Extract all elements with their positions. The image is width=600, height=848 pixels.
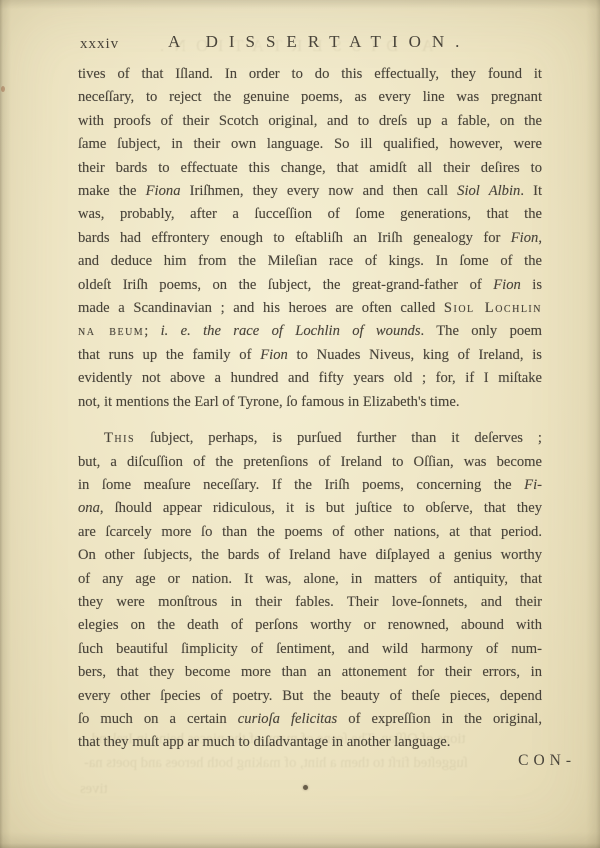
text-segment: curioſa felicitas [238, 711, 337, 727]
ink-speck [303, 785, 308, 790]
text-line: oldeſt Iriſh poems, on the ſubject, the … [78, 274, 542, 297]
page: A DISSERTATION.tions of Oſſian. The ſcen… [0, 0, 600, 848]
text-line: made a Scandinavian ; and his heroes are… [78, 297, 542, 320]
text-segment: of expreſſion in the original, [337, 711, 542, 727]
text-line: ona, ſhould appear ridiculous, it is but… [78, 497, 542, 520]
text-segment: Siol Lochlin [444, 300, 542, 316]
text-line: but, a diſcuſſion of the pretenſions of … [78, 451, 542, 474]
text-segment: neceſſary, to reject the genuine poems, … [78, 89, 542, 105]
text-segment: , ſhould appear ridiculous, it is but ju… [100, 500, 542, 516]
text-segment: . It [520, 183, 542, 199]
text-segment: Fiona [146, 183, 181, 199]
bleedthrough-text: tives [80, 781, 108, 798]
text-block: tives of that Iſland. In order to do thi… [78, 63, 542, 755]
text-line: was, probably, after a ſucceſſion of ſom… [78, 203, 542, 226]
text-segment: make the [78, 183, 146, 199]
text-segment: ſo much on a certain [78, 711, 238, 727]
text-segment: Fion [511, 230, 539, 246]
text-segment: na beum [78, 323, 144, 339]
text-segment: their bards to effectuate this change, t… [78, 160, 542, 176]
text-line: tives of that Iſland. In order to do thi… [78, 63, 542, 86]
text-line: that they muſt app ar much to diſadvanta… [78, 731, 542, 754]
text-segment: with proofs of their Scotch original, an… [78, 113, 542, 129]
text-segment: of any age or nation. It was, alone, in … [78, 571, 542, 587]
text-segment: Fion [493, 277, 521, 293]
bleedthrough-text: ſuggeſted firſt to them a hint, of makin… [84, 755, 468, 772]
text-line: make the Fiona Iriſhmen, they every now … [78, 180, 542, 203]
text-segment: ſame ſubject, in their own language. So … [78, 136, 542, 152]
text-line: of any age or nation. It was, alone, in … [78, 568, 542, 591]
text-segment: Siol Albin [457, 183, 520, 199]
text-line: bards had effrontery enough to eſtabliſh… [78, 227, 542, 250]
text-line: ſuch beautiful ſimplicity of ſentiment, … [78, 638, 542, 661]
text-line: every other ſpecies of poetry. But the b… [78, 685, 542, 708]
text-segment: bers, that they become more than an atto… [78, 664, 542, 680]
paragraph: tives of that Iſland. In order to do thi… [78, 63, 542, 414]
text-segment: was, probably, after a ſucceſſion of ſom… [78, 206, 542, 222]
text-segment: This [104, 430, 135, 446]
folio-number: xxxiv [80, 36, 119, 53]
text-segment: Fion [260, 347, 288, 363]
text-segment: they were monſtrous in their fables. The… [78, 594, 542, 610]
text-line: not, it mentions the Earl of Tyrone, ſo … [78, 391, 542, 414]
text-segment: i. e. the race of Lochlin of wounds [161, 323, 421, 339]
text-segment: evidently not above a hundred and fifty … [78, 370, 542, 386]
text-segment: in ſome meaſure neceſſary. If the Iriſh … [78, 477, 524, 493]
ink-speck [1, 86, 5, 92]
text-segment: ona [78, 500, 100, 516]
text-line: are ſcarcely more ſo than the poems of o… [78, 521, 542, 544]
paragraph: This ſubject, perhaps, is purſued furthe… [78, 427, 542, 755]
catchword: CON- [518, 752, 576, 770]
text-line: they were monſtrous in their fables. The… [78, 591, 542, 614]
text-line: elegies on the death of perſons worthy o… [78, 614, 542, 637]
text-segment: . The only poem [421, 323, 542, 339]
text-line: On other ſubjects, the bards of Ireland … [78, 544, 542, 567]
text-line: that runs up the family of Fion to Nuade… [78, 344, 542, 367]
text-segment: to Nuades Niveus, king of Ireland, is [288, 347, 542, 363]
text-segment: that runs up the family of [78, 347, 260, 363]
text-segment: made a Scandinavian ; and his heroes are… [78, 300, 444, 316]
text-segment: ſuch beautiful ſimplicity of ſentiment, … [78, 641, 542, 657]
text-segment: On other ſubjects, the bards of Ireland … [78, 547, 542, 563]
text-segment: Fi- [524, 477, 542, 493]
text-segment: not, it mentions the Earl of Tyrone, ſo … [78, 394, 460, 410]
text-line: ſame ſubject, in their own language. So … [78, 133, 542, 156]
text-line: neceſſary, to reject the genuine poems, … [78, 86, 542, 109]
text-segment: bards had effrontery enough to eſtabliſh… [78, 230, 511, 246]
text-segment: ; [144, 323, 160, 339]
text-segment: that they muſt app ar much to diſadvanta… [78, 734, 450, 750]
running-title: A DISSERTATION. [168, 32, 470, 52]
text-segment: every other ſpecies of poetry. But the b… [78, 688, 542, 704]
text-line: and deduce him from the Mileſian race of… [78, 250, 542, 273]
text-segment: and deduce him from the Mileſian race of… [78, 253, 542, 269]
text-line: na beum; i. e. the race of Lochlin of wo… [78, 320, 542, 343]
text-line: evidently not above a hundred and fifty … [78, 367, 542, 390]
page-header: xxxiv A DISSERTATION. [0, 32, 600, 58]
text-line: ſo much on a certain curioſa felicitas o… [78, 708, 542, 731]
text-segment: , [538, 230, 542, 246]
text-segment: is [521, 277, 542, 293]
text-line: in ſome meaſure neceſſary. If the Iriſh … [78, 474, 542, 497]
text-segment: oldeſt Iriſh poems, on the ſubject, the … [78, 277, 493, 293]
text-line: their bards to effectuate this change, t… [78, 157, 542, 180]
text-line: This ſubject, perhaps, is purſued furthe… [78, 427, 542, 450]
text-segment: ſubject, perhaps, is purſued further tha… [135, 430, 542, 446]
text-segment: elegies on the death of perſons worthy o… [78, 617, 542, 633]
text-segment: tives of that Iſland. In order to do thi… [78, 66, 542, 82]
text-segment: are ſcarcely more ſo than the poems of o… [78, 524, 542, 540]
text-line: with proofs of their Scotch original, an… [78, 110, 542, 133]
text-segment: Iriſhmen, they every now and then call [181, 183, 458, 199]
text-segment: but, a diſcuſſion of the pretenſions of … [78, 454, 542, 470]
text-line: bers, that they become more than an atto… [78, 661, 542, 684]
